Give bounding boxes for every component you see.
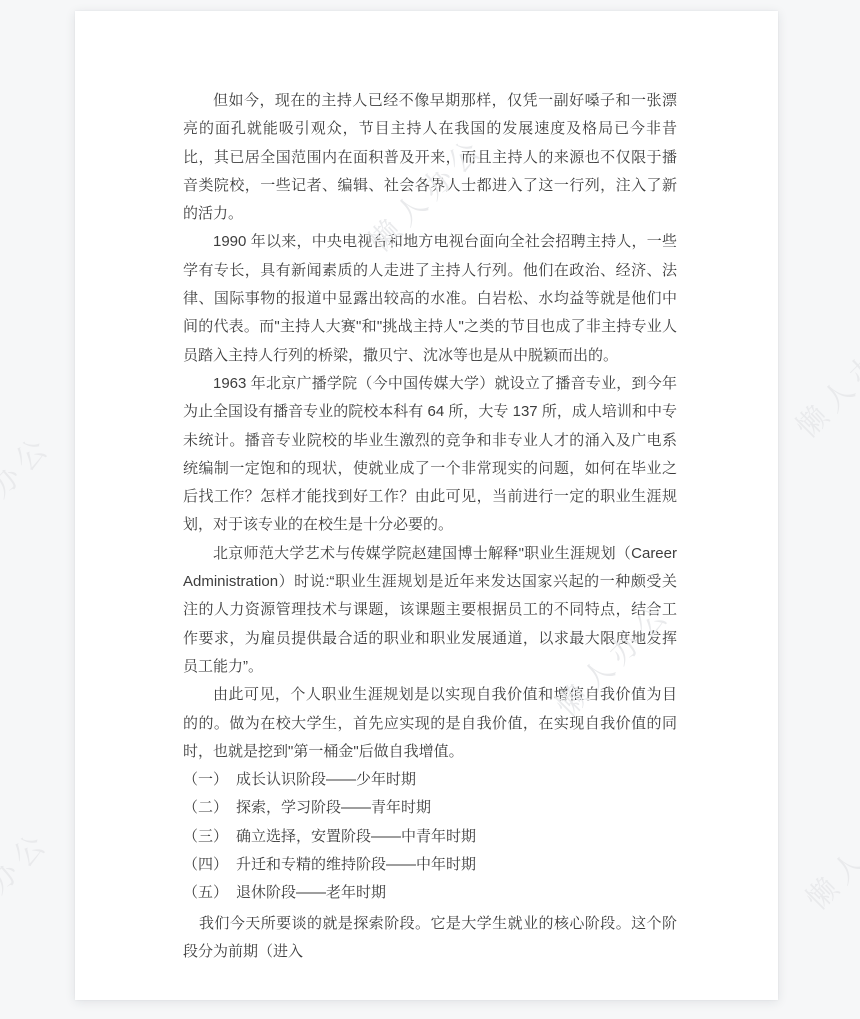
list-item-marker: （二） bbox=[183, 794, 228, 822]
watermark-text: 懒人办公 bbox=[794, 782, 860, 918]
list-item: （二）探索，学习阶段——青年时期 bbox=[183, 794, 677, 822]
watermark-text: 懒人办公 bbox=[0, 422, 60, 558]
list-item-text: 升迁和专精的维持阶段——中年时期 bbox=[236, 856, 476, 873]
document-body: 但如今，现在的主持人已经不像早期那样，仅凭一副好嗓子和一张漂亮的面孔就能吸引观众… bbox=[183, 87, 677, 966]
list-item: （三）确立选择，安置阶段——中青年时期 bbox=[183, 823, 677, 851]
list-item-marker: （三） bbox=[183, 823, 228, 851]
list-item: （一）成长认识阶段——少年时期 bbox=[183, 766, 677, 794]
paragraph-hosts-today: 但如今，现在的主持人已经不像早期那样，仅凭一副好嗓子和一张漂亮的面孔就能吸引观众… bbox=[183, 87, 677, 228]
list-item-text: 成长认识阶段——少年时期 bbox=[236, 771, 416, 788]
list-item: （四）升迁和专精的维持阶段——中年时期 bbox=[183, 851, 677, 879]
list-item-marker: （五） bbox=[183, 879, 228, 907]
paragraph-self-value: 由此可见，个人职业生涯规划是以实现自我价值和增值自我价值为目的的。做为在校大学生… bbox=[183, 681, 677, 766]
paragraph-broadcast-schools-1963: 1963 年北京广播学院（今中国传媒大学）就设立了播音专业，到今年为止全国设有播… bbox=[183, 370, 677, 540]
list-item-text: 确立选择，安置阶段——中青年时期 bbox=[236, 828, 476, 845]
list-item-text: 退休阶段——老年时期 bbox=[236, 884, 386, 901]
paragraph-recruiting-1990: 1990 年以来，中央电视台和地方电视台面向全社会招聘主持人，一些学有专长，具有… bbox=[183, 228, 677, 369]
list-item-text: 探索，学习阶段——青年时期 bbox=[236, 799, 431, 816]
paragraph-exploration-stage: 我们今天所要谈的就是探索阶段。它是大学生就业的核心阶段。这个阶段分为前期（进入 bbox=[183, 910, 677, 967]
watermark-text: 懒人办公 bbox=[0, 818, 58, 954]
list-item-marker: （四） bbox=[183, 851, 228, 879]
list-item: （五）退休阶段——老年时期 bbox=[183, 879, 677, 907]
list-item-marker: （一） bbox=[183, 766, 228, 794]
watermark-text: 懒人办公 bbox=[784, 310, 860, 446]
document-page: 但如今，现在的主持人已经不像早期那样，仅凭一副好嗓子和一张漂亮的面孔就能吸引观众… bbox=[75, 11, 778, 1000]
paragraph-career-planning-definition: 北京师范大学艺术与传媒学院赵建国博士解释"职业生涯规划（Career Admin… bbox=[183, 540, 677, 681]
career-stages-list: （一）成长认识阶段——少年时期 （二）探索，学习阶段——青年时期 （三）确立选择… bbox=[183, 766, 677, 907]
